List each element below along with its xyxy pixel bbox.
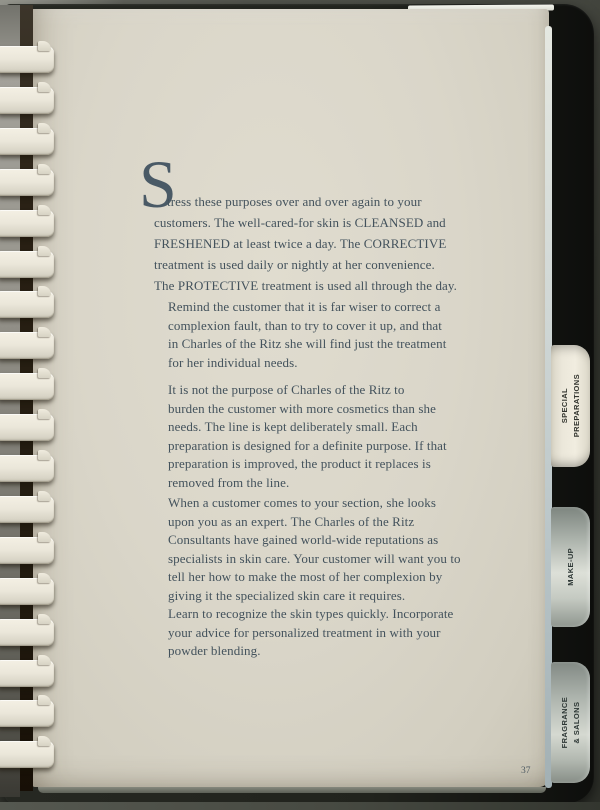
binding-tooth — [0, 741, 54, 768]
binding-tooth — [0, 578, 54, 605]
binding-tooth — [0, 332, 54, 359]
binding-tooth — [0, 373, 54, 400]
binding-tooth — [0, 496, 54, 523]
table-surface — [0, 802, 600, 810]
binding-tooth — [0, 537, 54, 564]
binding-tooth — [0, 700, 54, 727]
binding-tooth — [0, 210, 54, 237]
binding-tooth — [0, 619, 54, 646]
binding-tooth — [0, 414, 54, 441]
page-stack-bottom-edge — [38, 787, 546, 793]
paragraph-correct-fault: Remind the customer that it is far wiser… — [168, 298, 540, 372]
binding-tooth — [0, 251, 54, 278]
binding-tooth — [0, 660, 54, 687]
binding-tooth — [0, 455, 54, 482]
binding-tooth — [0, 46, 54, 73]
paragraph-treatment-purposes: tress these purposes over and over again… — [154, 191, 526, 296]
photo-backdrop: S tress these purposes over and over aga… — [0, 0, 600, 810]
page-number: 37 — [521, 766, 531, 776]
paragraph-small-line: It is not the purpose of Charles of the … — [168, 381, 540, 492]
tab-special-preparations-label: SPECIAL PREPARATIONS — [559, 374, 582, 437]
paragraph-consultant-expert: When a customer comes to your section, s… — [168, 494, 540, 661]
binding-tooth — [0, 128, 54, 155]
tab-make-up-label: MAKE-UP — [565, 548, 577, 586]
tab-fragrance-salons-label: FRAGRANCE & SALONS — [559, 697, 582, 749]
tab-make-up: MAKE-UP — [551, 507, 590, 627]
binding-tooth — [0, 291, 54, 318]
tab-fragrance-salons: FRAGRANCE & SALONS — [551, 662, 590, 783]
binding-tooth — [0, 169, 54, 196]
tab-special-preparations: SPECIAL PREPARATIONS — [551, 345, 590, 467]
binding-tooth — [0, 87, 54, 114]
